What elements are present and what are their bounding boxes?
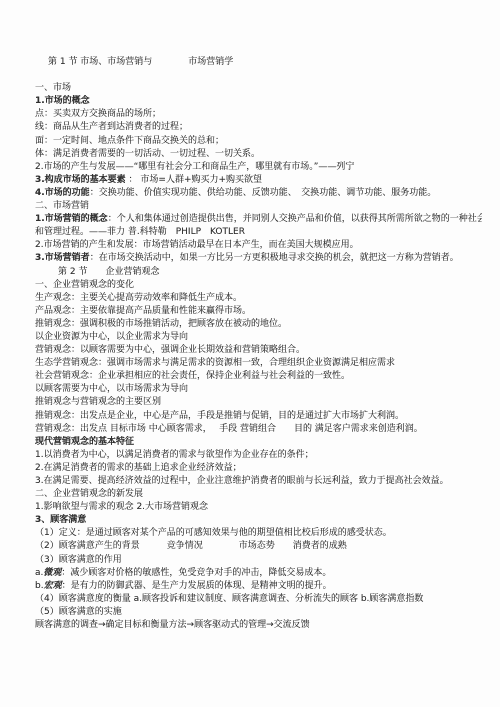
document-line: 2.市场的产生与发展——“哪里有社会分工和商品生产，哪里就有市场。”——列宁 (35, 161, 482, 174)
text-run: 推销观念：强调积极的市场推销活动，把顾客放在被动的地位。 (35, 319, 287, 329)
document-line: b.宏观：是有力的防御武器、是生产力发展质的体现、是精神文明的提升。 (35, 580, 482, 593)
document-line: 和管理过程。——菲力 普.科特勒 PHILP KOTLER (35, 226, 482, 239)
text-run: 社会营销观念：企业承担相应的社会责任，保持企业利益与社会利益的一致性。 (35, 371, 350, 381)
text-run: 生产观念：主要关心提高劳动效率和降低生产成本。 (35, 293, 242, 303)
text-run: 营销观念：出发点 目标市场 中心顾客需求， 手段 营销组合 目的 满足客户需求来… (35, 424, 423, 434)
text-run: ：交换功能、价值实现功能、供给功能、反馈功能、 交换功能、调节功能、服务功能。 (90, 188, 437, 198)
text-run: 营销观念：以顾客需要为中心，强调企业长期效益和营销策略组合。 (35, 345, 305, 355)
document-line: 推销观念：出发点是企业，中心是产品，手段是推销与促销，目的是通过扩大市场扩大利润… (35, 410, 482, 423)
document-line: 1.市场营销的概念：个人和集体通过创造提供出售，并同别人交换产品和价值，以获得其… (35, 213, 482, 226)
document-line: 现代营销观念的基本特征 (35, 436, 482, 449)
text-run: 3.市场营销者 (35, 253, 90, 263)
text-run: 1.市场营销的概念 (35, 214, 108, 224)
text-run: 生态学营销观念：强调市场需求与满足需求的资源相一致，合理组织企业资源满足相应需求 (35, 358, 395, 368)
document-line: 4.市场的功能：交换功能、价值实现功能、供给功能、反馈功能、 交换功能、调节功能… (35, 187, 482, 200)
document-line: 以企业资源为中心，以企业需求为导向 (35, 331, 482, 344)
text-run: 线：商品从生产者到达消费者的过程； (35, 122, 188, 132)
text-run: 现代营销观念的基本特征 (35, 437, 134, 447)
document-line: 3.在满足需要、提高经济效益的过程中，企业注意维护消费者的眼前与长远利益，致力于… (35, 475, 482, 488)
document-line: 面：一定时间、地点条件下商品交换关的总和； (35, 135, 482, 148)
document-line: 生态学营销观念：强调市场需求与满足需求的资源相一致，合理组织企业资源满足相应需求 (35, 357, 482, 370)
text-run: 3.在满足需要、提高经济效益的过程中，企业注意维护消费者的眼前与长远利益，致力于… (35, 476, 449, 486)
text-run: 1.市场的概念 (35, 96, 90, 106)
document-line: 二、企业营销观念的新发展 (35, 488, 482, 501)
document-line: 3.市场营销者：在市场交换活动中，如果一方比另一方更积极地寻求交换的机会，就把这… (35, 252, 482, 265)
document-line: 以顾客需要为中心，以市场需求为导向 (35, 383, 482, 396)
text-run: 推销观念：出发点是企业，中心是产品，手段是推销与促销，目的是通过扩大市场扩大利润… (35, 411, 404, 421)
document-line: （1）定义：是通过顾客对某个产品的可感知效果与他的期望值相比校后形成的感受状态。 (35, 527, 482, 540)
text-run: ： 市场=人群+购买力+购买欲望 (126, 175, 262, 185)
text-run: （4）顾客满意度的衡量 a.顾客投诉和建议制度、顾客满意调查、分析流失的顾客 b… (35, 594, 423, 604)
document-line: 2.市场营销的产生和发展：市场营销活动最早在日本产生，而在美国大规模应用。 (35, 239, 482, 252)
text-run: 1.影响欲望与需求的观念 2.大市场营销观念 (35, 502, 208, 512)
text-run: 2.市场的产生与发展——“哪里有社会分工和商品生产，哪里就有市场。”——列宁 (35, 162, 354, 172)
text-run: 4.市场的功能 (35, 188, 90, 198)
text-run: 以顾客需要为中心，以市场需求为导向 (35, 384, 188, 394)
document-line: 1.以消费者为中心，以满足消费者的需求与欲望作为企业存在的条件； (35, 449, 482, 462)
document-line: 产品观念：主要依靠提高产品质量和性能来赢得市场。 (35, 305, 482, 318)
text-run: （5）顾客满意的实施 (35, 607, 122, 617)
text-run: 点：买卖双方交换商品的场所； (35, 109, 161, 119)
text-run: ：减少顾客对价格的敏感性，免受竞争对手的冲击，降低交易成本。 (61, 568, 331, 578)
text-run: 推销观念与营销观念的主要区别 (35, 397, 161, 407)
text-run: （2）顾客满意产生的背景 竞争情况 市场态势 消费者的成熟 (35, 541, 347, 551)
text-run: 第 2 节 企业营销观念 (58, 267, 159, 277)
document-line: 生产观念：主要关心提高劳动效率和降低生产成本。 (35, 292, 482, 305)
document-line: 顾客满意的调查→确定目标和衡量方法→顾客驱动式的管理→交流反馈 (35, 619, 482, 632)
text-run: 微观 (43, 568, 61, 578)
document-line: 社会营销观念：企业承担相应的社会责任，保持企业利益与社会利益的一致性。 (35, 370, 482, 383)
document-title: 第 1 节 市场、市场营销与 市场营销学 (35, 56, 482, 69)
document-line: 2.在满足消费者的需求的基础上追求企业经济效益； (35, 462, 482, 475)
section-heading: 第 2 节 企业营销观念 (35, 266, 482, 279)
document-line: 1.影响欲望与需求的观念 2.大市场营销观念 (35, 501, 482, 514)
text-run: ：在市场交换活动中，如果一方比另一方更积极地寻求交换的机会，就把这一方称为营销者… (90, 253, 459, 263)
text-run: 一、市场 (35, 83, 71, 93)
document-line: 一、企业营销观念的变化 (35, 279, 482, 292)
document-line: 3、顾客满意 (35, 514, 482, 527)
document-body: 第 1 节 市场、市场营销与 市场营销学 一、市场1.市场的概念点：买卖双方交换… (0, 0, 500, 632)
text-run: 和管理过程。——菲力 普.科特勒 PHILP KOTLER (35, 227, 245, 237)
text-run: 3、顾客满意 (35, 515, 86, 525)
text-run: 以企业资源为中心，以企业需求为导向 (35, 332, 188, 342)
text-run: b. (35, 581, 44, 591)
text-run: 一、企业营销观念的变化 (35, 280, 134, 290)
text-run: 2.在满足消费者的需求的基础上追求企业经济效益； (35, 463, 242, 473)
document-line: （3）顾客满意的作用 (35, 554, 482, 567)
document-line: 3.构成市场的基本要素 ： 市场=人群+购买力+购买欲望 (35, 174, 482, 187)
text-run: 二、市场营销 (35, 201, 89, 211)
document-line: 线：商品从生产者到达消费者的过程； (35, 121, 482, 134)
document-line: 营销观念：出发点 目标市场 中心顾客需求， 手段 营销组合 目的 满足客户需求来… (35, 423, 482, 436)
document-line: a.微观：减少顾客对价格的敏感性，免受竞争对手的冲击，降低交易成本。 (35, 567, 482, 580)
document-line: 营销观念：以顾客需要为中心，强调企业长期效益和营销策略组合。 (35, 344, 482, 357)
text-run: （3）顾客满意的作用 (35, 555, 122, 565)
text-run: 1.以消费者为中心，以满足消费者的需求与欲望作为企业存在的条件； (35, 450, 314, 460)
text-run: 体：满足消费者需要的一切活动、一切过程、一切关系。 (35, 149, 260, 159)
document-line: 点：买卖双方交换商品的场所； (35, 108, 482, 121)
document-line: 体：满足消费者需要的一切活动、一切过程、一切关系。 (35, 148, 482, 161)
text-run: 面：一定时间、地点条件下商品交换关的总和； (35, 136, 224, 146)
text-run: （1）定义：是通过顾客对某个产品的可感知效果与他的期望值相比校后形成的感受状态。 (35, 528, 392, 538)
document-page: 第 1 节 市场、市场营销与 市场营销学 一、市场1.市场的概念点：买卖双方交换… (0, 0, 500, 707)
document-line: （2）顾客满意产生的背景 竞争情况 市场态势 消费者的成熟 (35, 540, 482, 553)
text-run: 2.市场营销的产生和发展：市场营销活动最早在日本产生，而在美国大规模应用。 (35, 240, 359, 250)
document-line: 二、市场营销 (35, 200, 482, 213)
text-run: ：个人和集体通过创造提供出售，并同别人交换产品和价值，以获得其所需所欲之物的一种… (108, 214, 482, 224)
text-run: 二、企业营销观念的新发展 (35, 489, 143, 499)
document-line: 推销观念与营销观念的主要区别 (35, 396, 482, 409)
text-run: 3.构成市场的基本要素 (35, 175, 126, 185)
document-line: 1.市场的概念 (35, 95, 482, 108)
text-run: 第 1 节 市场、市场营销与 市场营销学 (48, 57, 233, 67)
text-run: 宏观 (44, 581, 62, 591)
document-line: 推销观念：强调积极的市场推销活动，把顾客放在被动的地位。 (35, 318, 482, 331)
text-run: 产品观念：主要依靠提高产品质量和性能来赢得市场。 (35, 306, 251, 316)
document-line: （4）顾客满意度的衡量 a.顾客投诉和建议制度、顾客满意调查、分析流失的顾客 b… (35, 593, 482, 606)
document-line: 一、市场 (35, 82, 482, 95)
text-run: 顾客满意的调查→确定目标和衡量方法→顾客驱动式的管理→交流反馈 (35, 620, 310, 630)
text-run: ：是有力的防御武器、是生产力发展质的体现、是精神文明的提升。 (62, 581, 332, 591)
document-line: （5）顾客满意的实施 (35, 606, 482, 619)
